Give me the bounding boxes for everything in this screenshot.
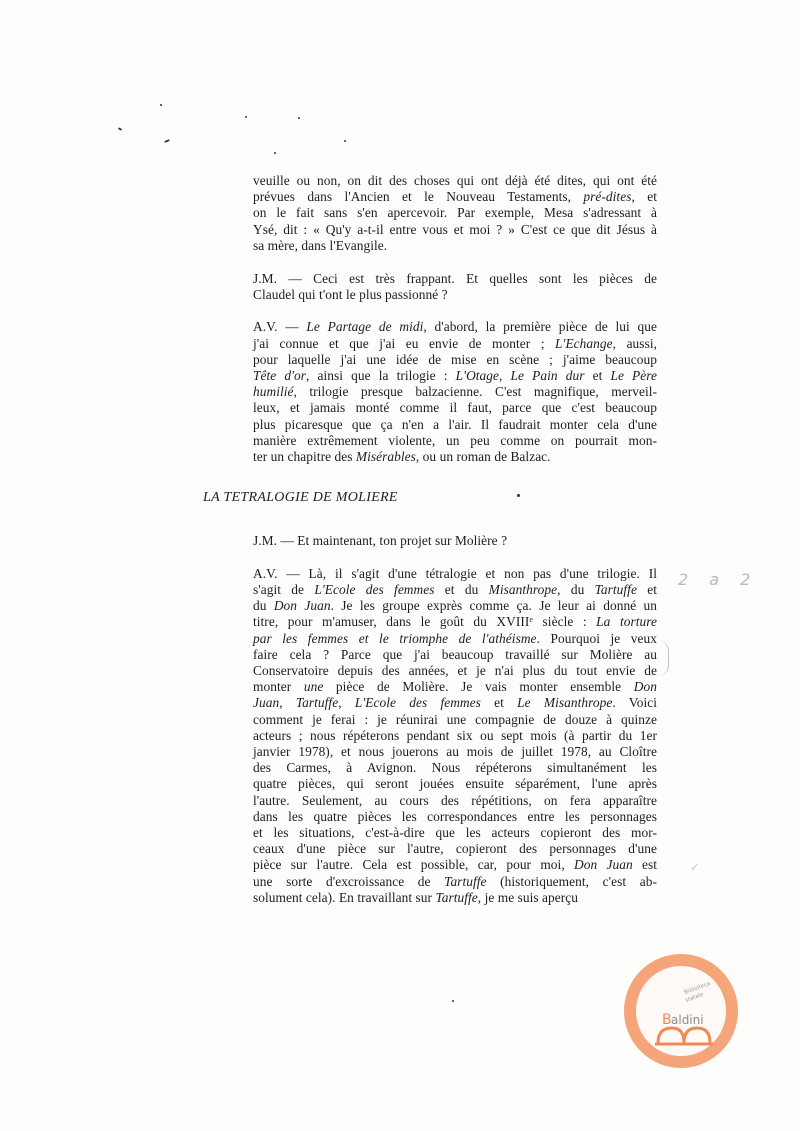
pencil-tick-mark: ✓ — [690, 860, 700, 874]
text-line: J.M. — Ceci est très frappant. Et quelle… — [253, 271, 657, 287]
scan-speck — [452, 1000, 454, 1002]
text-line: pièce sur l'autre. Cela est possible, ca… — [253, 857, 657, 873]
text-line: Conservatoire depuis des années, et je n… — [253, 663, 657, 679]
text-line: A.V. — Le Partage de midi, d'abord, la p… — [253, 319, 657, 335]
body-text-bottom: J.M. — Et maintenant, ton projet sur Mol… — [253, 533, 657, 922]
text-line: comment je ferai : je réunirai une compa… — [253, 712, 657, 728]
paragraph-p2: J.M. — Ceci est très frappant. Et quelle… — [253, 271, 657, 303]
scan-speck — [245, 116, 247, 118]
text-line: quatre pièces, qui seront jouées ensuite… — [253, 776, 657, 792]
pencil-bracket — [658, 640, 669, 676]
scan-speck — [298, 117, 300, 119]
pencil-note: 2 a 2 — [678, 570, 758, 589]
section-heading: LA TETRALOGIE DE MOLIERE — [203, 490, 398, 506]
text-line: on le fait sans s'en apercevoir. Par exe… — [253, 205, 657, 221]
library-stamp: Biblioteca statale B aldini — [622, 952, 740, 1070]
baldini-logo-icon: Biblioteca statale B aldini — [622, 952, 740, 1070]
paragraph-p1: veuille ou non, on dit des choses qui on… — [253, 173, 657, 254]
text-line: du Don Juan. Je les groupe exprès comme … — [253, 598, 657, 614]
text-line: J.M. — Et maintenant, ton projet sur Mol… — [253, 533, 657, 549]
text-line: acteurs ; nous répéterons pendant six ou… — [253, 728, 657, 744]
scan-speck — [344, 140, 346, 142]
scan-speck — [118, 127, 122, 131]
text-line: manière extrêmement violente, un peu com… — [253, 433, 657, 449]
text-line: Claudel qui t'ont le plus passionné ? — [253, 287, 657, 303]
text-line: j'ai connue et que j'ai eu envie de mont… — [253, 336, 657, 352]
text-line: plus picaresque que ça n'en a l'air. Il … — [253, 417, 657, 433]
text-line: et les situations, c'est-à-dire que les … — [253, 825, 657, 841]
svg-text:aldini: aldini — [671, 1013, 704, 1027]
scan-speck — [274, 152, 276, 154]
text-line: ter un chapitre des Misérables, ou un ro… — [253, 449, 657, 465]
scan-speck — [160, 104, 162, 106]
text-line: prévues dans l'Ancien et le Nouveau Test… — [253, 189, 657, 205]
scan-speck — [164, 139, 170, 143]
text-line: Juan, Tartuffe, L'Ecole des femmes et Le… — [253, 695, 657, 711]
paragraph-p3: A.V. — Le Partage de midi, d'abord, la p… — [253, 319, 657, 465]
text-line: Tête d'or, ainsi que la trilogie : L'Ota… — [253, 368, 657, 384]
paragraph-p5: A.V. — Là, il s'agit d'une tétralogie et… — [253, 566, 657, 906]
paragraph-p4: J.M. — Et maintenant, ton projet sur Mol… — [253, 533, 657, 549]
text-line: pour laquelle j'ai une idée de mise en s… — [253, 352, 657, 368]
text-line: faire cela ? Parce que j'ai beaucoup tra… — [253, 647, 657, 663]
text-line: veuille ou non, on dit des choses qui on… — [253, 173, 657, 189]
text-line: l'autre. Seulement, au cours des répétit… — [253, 793, 657, 809]
text-line: des Carmes, à Avignon. Nous répéterons s… — [253, 760, 657, 776]
text-line: par les femmes et le triomphe de l'athéi… — [253, 631, 657, 647]
text-line: humilié, trilogie presque balzacienne. C… — [253, 384, 657, 400]
body-text-top: veuille ou non, on dit des choses qui on… — [253, 173, 657, 482]
text-line: janvier 1978), et nous jouerons au mois … — [253, 744, 657, 760]
text-line: sa mère, dans l'Evangile. — [253, 238, 657, 254]
scan-speck — [517, 494, 520, 497]
text-line: leux, et jamais monté comme il faut, par… — [253, 400, 657, 416]
text-line: dans les quatre pièces les correspondanc… — [253, 809, 657, 825]
text-line: s'agit de L'Ecole des femmes et du Misan… — [253, 582, 657, 598]
text-line: ceaux d'une pièce sur l'autre, copieront… — [253, 841, 657, 857]
text-line: une sorte d'excroissance de Tartuffe (hi… — [253, 874, 657, 890]
text-line: Ysé, dit : « Qu'y a-t-il entre vous et m… — [253, 222, 657, 238]
text-line: solument cela). En travaillant sur Tartu… — [253, 890, 657, 906]
text-line: monter une pièce de Molière. Je vais mon… — [253, 679, 657, 695]
text-line: titre, pour m'amuser, dans le goût du XV… — [253, 614, 657, 630]
text-line: A.V. — Là, il s'agit d'une tétralogie et… — [253, 566, 657, 582]
